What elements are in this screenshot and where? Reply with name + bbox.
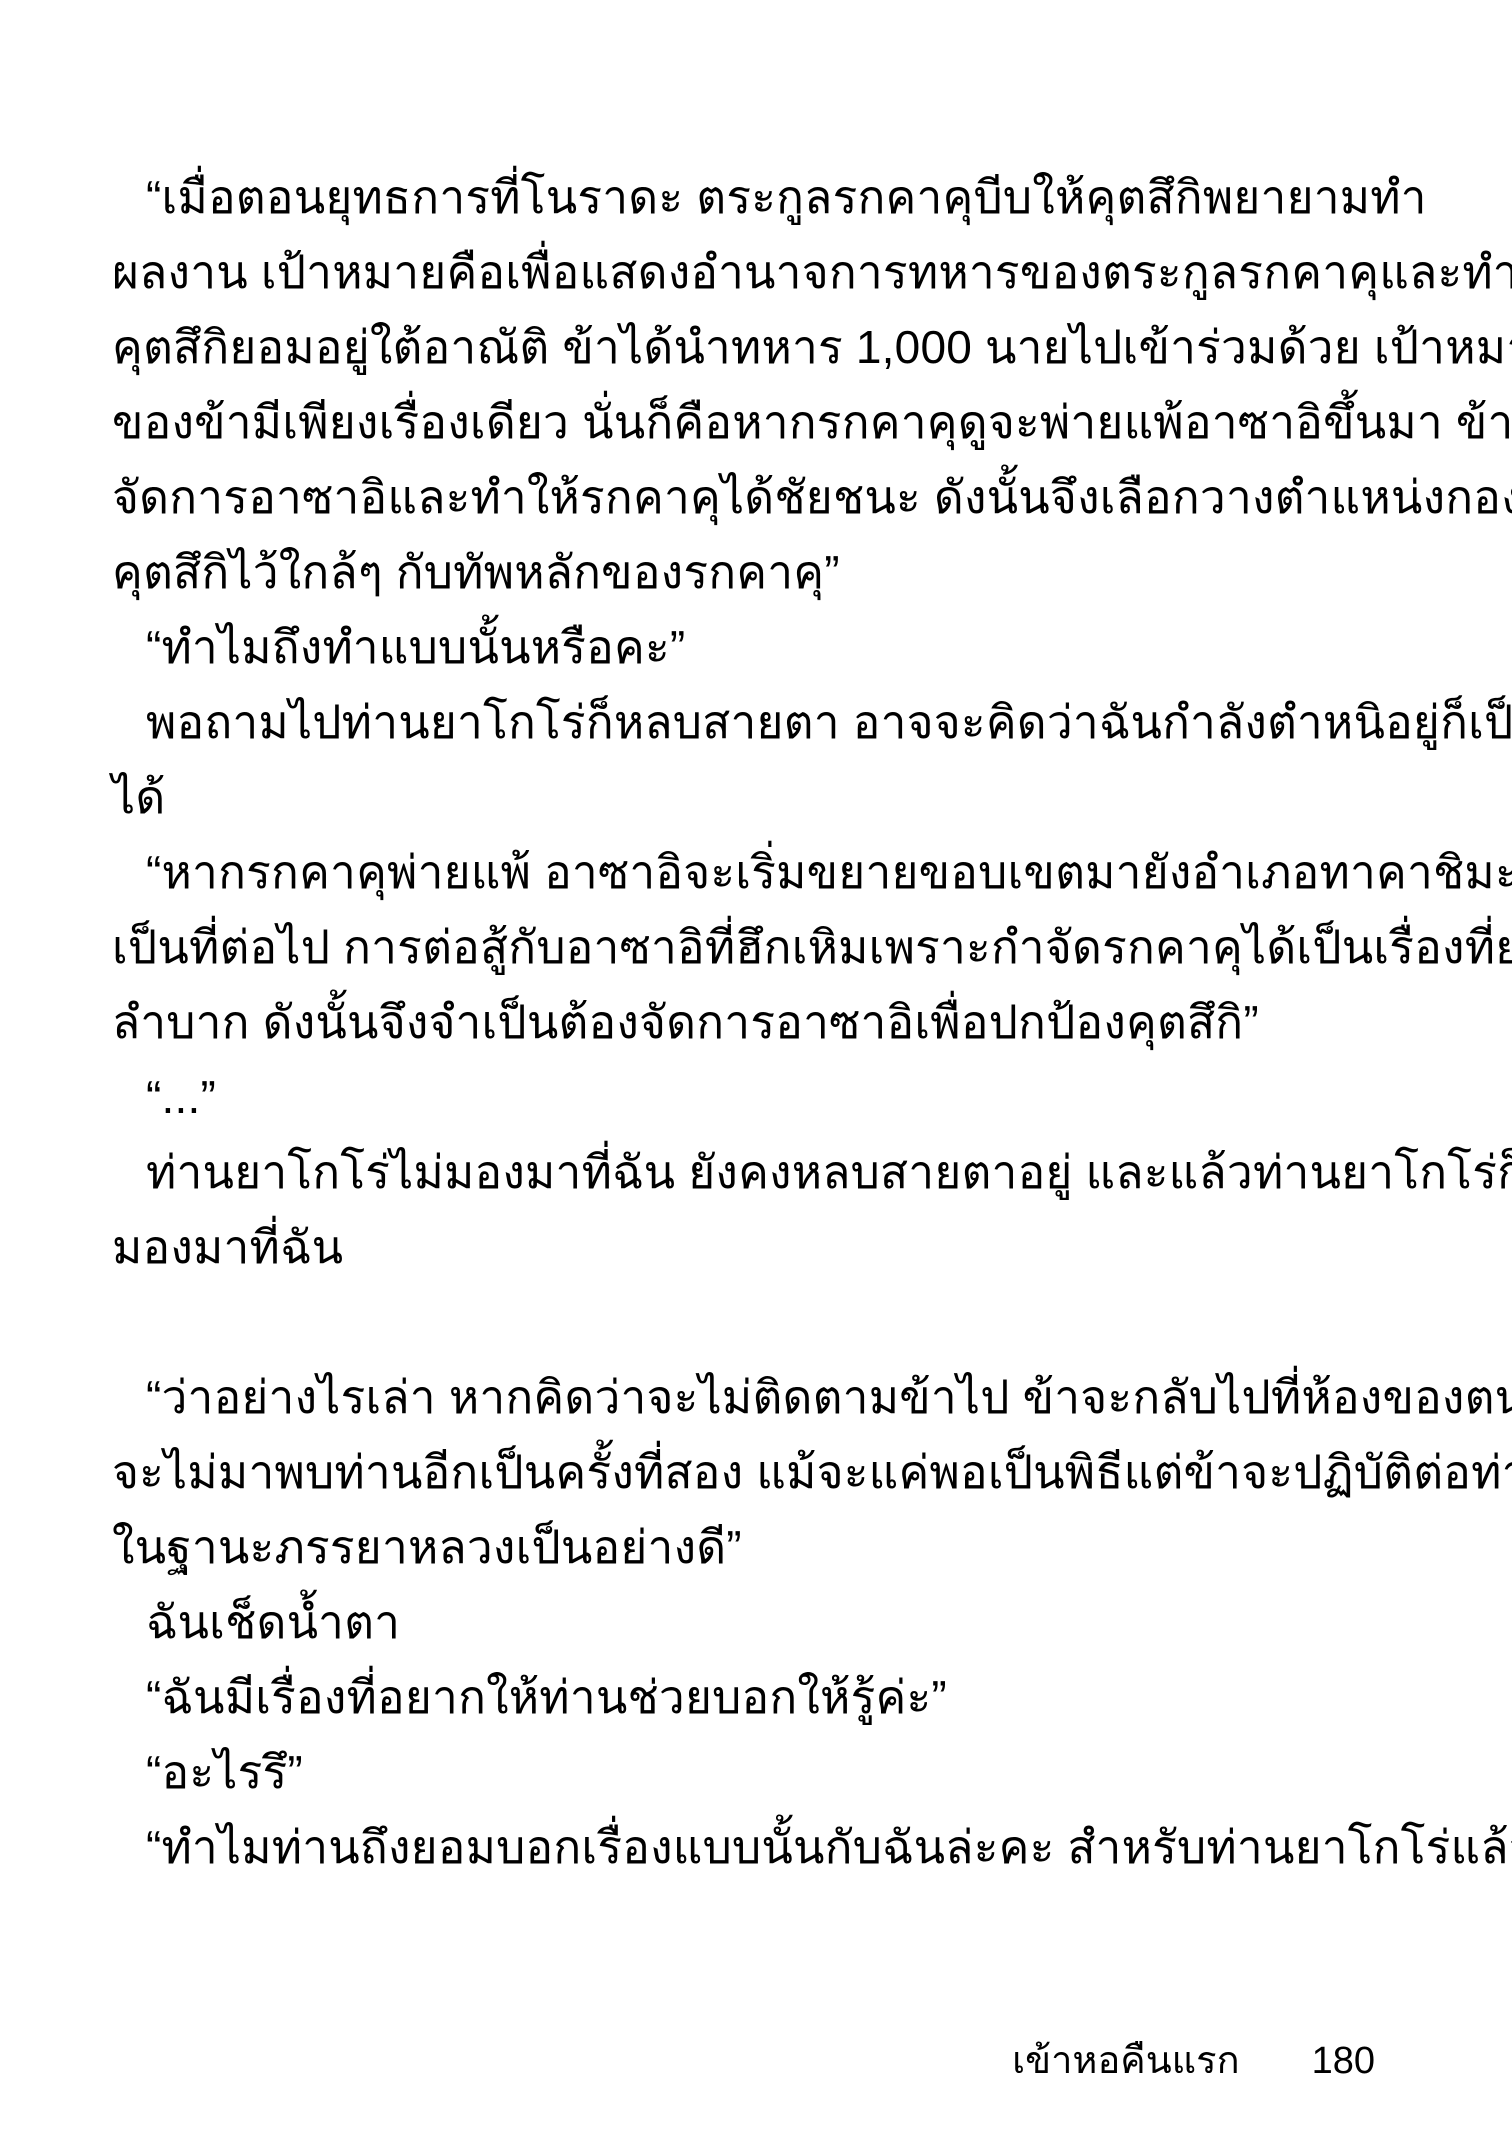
text-line: ท่านยาโกโร่ไม่มองมาที่ฉัน ยังคงหลบสายตาอ… <box>112 1135 1422 1210</box>
chapter-title: เข้าหอคืนแรก <box>1012 2036 1239 2086</box>
text-line: มองมาที่ฉัน <box>112 1210 1422 1285</box>
text-line: ในฐานะภรรยาหลวงเป็นอย่างดี” <box>112 1510 1422 1585</box>
text-line: คุตสึกิยอมอยู่ใต้อาณัติ ข้าได้นำทหาร 1,0… <box>112 310 1422 385</box>
text-line: ฉันเช็ดน้ำตา <box>112 1585 1422 1660</box>
text-line: คุตสึกิไว้ใกล้ๆ กับทัพหลักของรกคาคุ” <box>112 535 1422 610</box>
text-line: เป็นที่ต่อไป การต่อสู้กับอาซาอิที่ฮึกเหิ… <box>112 910 1422 985</box>
text-line: ได้ <box>112 760 1422 835</box>
text-line: “...” <box>112 1060 1422 1135</box>
page-footer: เข้าหอคืนแรก 180 <box>0 2036 1375 2086</box>
text-line: จัดการอาซาอิและทำให้รกคาคุได้ชัยชนะ ดังน… <box>112 460 1422 535</box>
text-line: “ว่าอย่างไรเล่า หากคิดว่าจะไม่ติดตามข้าไ… <box>112 1360 1422 1435</box>
text-line: “เมื่อตอนยุทธการที่โนราดะ ตระกูลรกคาคุบี… <box>112 160 1422 235</box>
text-line: “อะไรรึ” <box>112 1735 1422 1810</box>
text-line: พอถามไปท่านยาโกโร่ก็หลบสายตา อาจจะคิดว่า… <box>112 685 1422 760</box>
text-line: ผลงาน เป้าหมายคือเพื่อแสดงอำนาจการทหารขอ… <box>112 235 1422 310</box>
text-line: ของข้ามีเพียงเรื่องเดียว นั่นก็คือหากรกค… <box>112 385 1422 460</box>
text-line <box>112 1285 1422 1360</box>
text-line: “หากรกคาคุพ่ายแพ้ อาซาอิจะเริ่มขยายขอบเข… <box>112 835 1422 910</box>
body-text: “เมื่อตอนยุทธการที่โนราดะ ตระกูลรกคาคุบี… <box>112 160 1422 1885</box>
text-line: จะไม่มาพบท่านอีกเป็นครั้งที่สอง แม้จะแค่… <box>112 1435 1422 1510</box>
page-number: 180 <box>1312 2036 1375 2086</box>
text-line: “ทำไมถึงทำแบบนั้นหรือคะ” <box>112 610 1422 685</box>
text-line: “ฉันมีเรื่องที่อยากให้ท่านช่วยบอกให้รู้ค… <box>112 1660 1422 1735</box>
book-page: “เมื่อตอนยุทธการที่โนราดะ ตระกูลรกคาคุบี… <box>0 0 1512 2150</box>
text-line: “ทำไมท่านถึงยอมบอกเรื่องแบบนั้นกับฉันล่ะ… <box>112 1810 1422 1885</box>
text-line: ลำบาก ดังนั้นจึงจำเป็นต้องจัดการอาซาอิเพ… <box>112 985 1422 1060</box>
